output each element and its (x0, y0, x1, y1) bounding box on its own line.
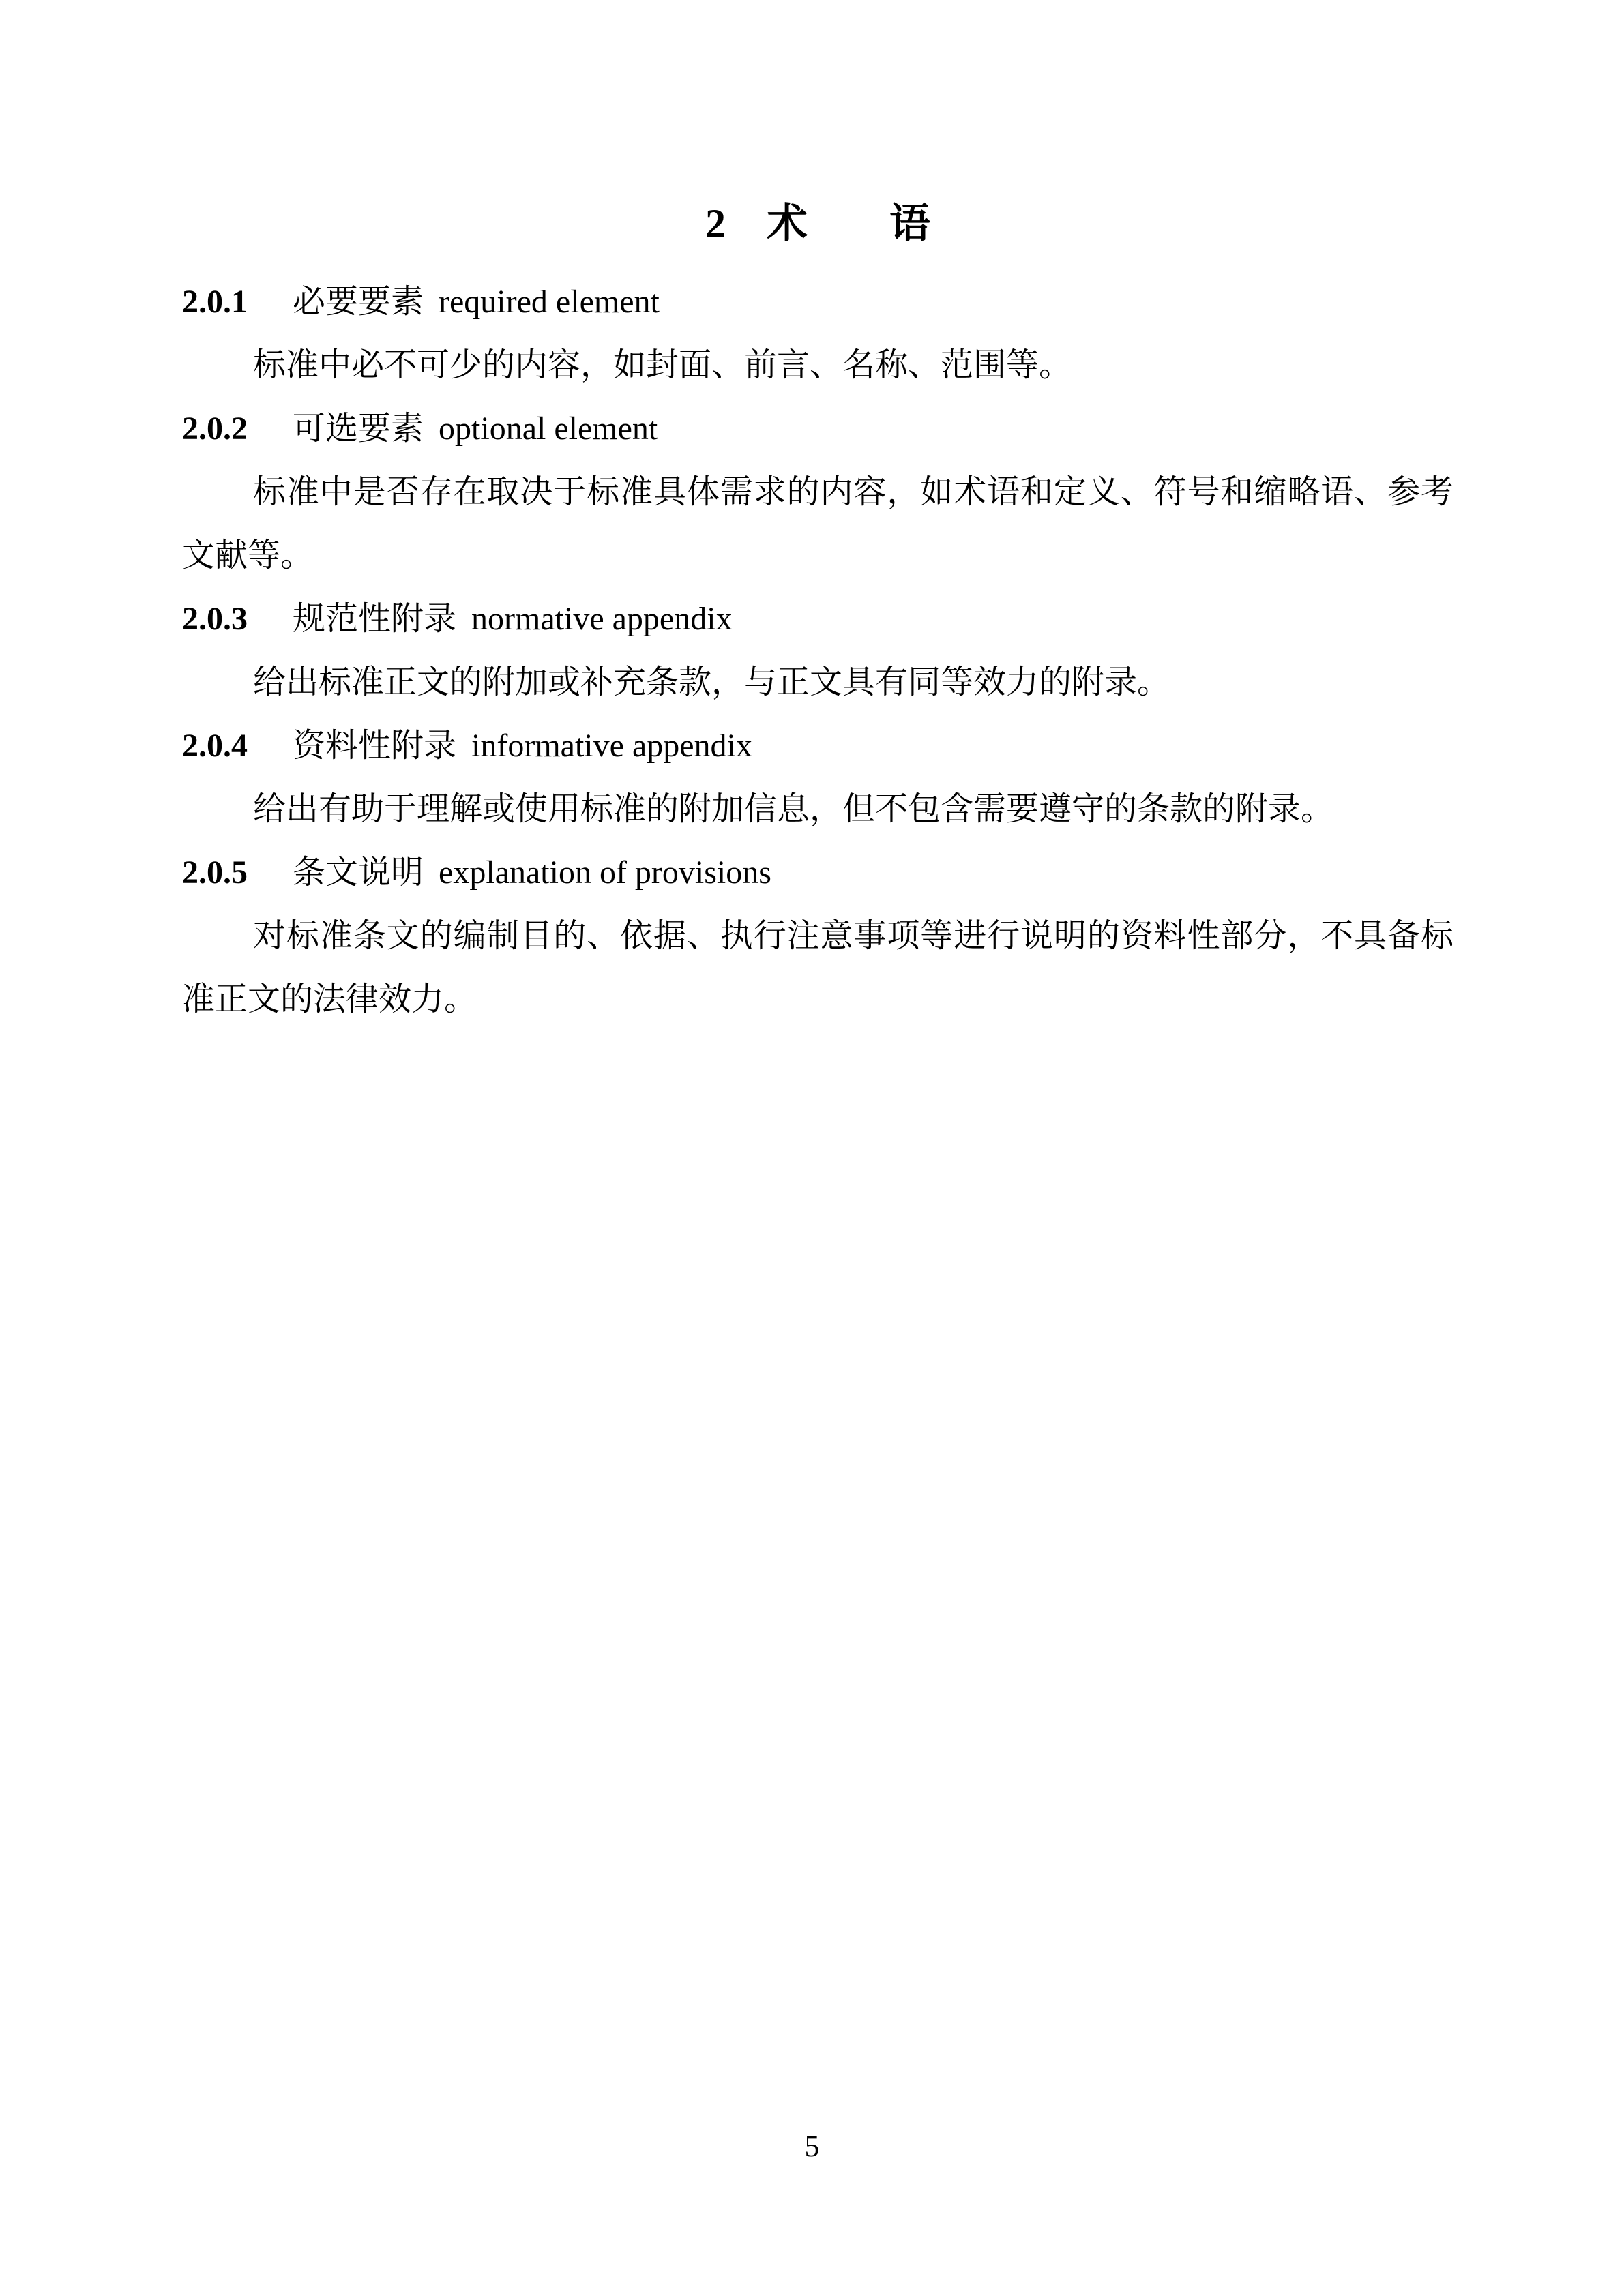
term-definition: 给出标准正文的附加或补充条款，与正文具有同等效力的附录。 (182, 651, 1453, 714)
term-definition: 给出有助于理解或使用标准的附加信息，但不包含需要遵守的条款的附录。 (182, 777, 1453, 841)
page-content: 2 术 语 2.0.1必要要素required element 标准中必不可少的… (182, 192, 1453, 1031)
term-section-2-0-3: 2.0.3规范性附录normative appendix 给出标准正文的附加或补… (182, 587, 1453, 714)
term-number: 2.0.4 (182, 728, 248, 764)
term-chinese: 资料性附录 (293, 728, 456, 764)
term-section-2-0-4: 2.0.4资料性附录informative appendix 给出有助于理解或使… (182, 714, 1453, 841)
term-english: optional element (439, 411, 658, 447)
term-section-2-0-2: 2.0.2可选要素optional element 标准中是否存在取决于标准具体… (182, 397, 1453, 587)
term-number: 2.0.2 (182, 411, 248, 447)
term-heading: 2.0.5条文说明explanation of provisions (182, 841, 1453, 904)
term-chinese: 可选要素 (293, 411, 424, 447)
term-heading: 2.0.3规范性附录normative appendix (182, 587, 1453, 651)
term-english: normative appendix (471, 601, 733, 637)
term-definition: 对标准条文的编制目的、依据、执行注意事项等进行说明的资料性部分，不具备标准正文的… (182, 904, 1453, 1031)
term-chinese: 必要要素 (293, 284, 424, 320)
term-heading: 2.0.1必要要素required element (182, 270, 1453, 333)
term-definition: 标准中是否存在取决于标准具体需求的内容，如术语和定义、符号和缩略语、参考文献等。 (182, 460, 1453, 587)
term-definition: 标准中必不可少的内容，如封面、前言、名称、范围等。 (182, 333, 1453, 397)
page-number: 5 (0, 2126, 1624, 2167)
term-heading: 2.0.4资料性附录informative appendix (182, 714, 1453, 777)
term-number: 2.0.3 (182, 601, 248, 637)
term-english: explanation of provisions (439, 854, 771, 891)
term-english: informative appendix (471, 728, 752, 764)
term-chinese: 规范性附录 (293, 601, 456, 637)
term-number: 2.0.5 (182, 854, 248, 891)
term-section-2-0-1: 2.0.1必要要素required element 标准中必不可少的内容，如封面… (182, 270, 1453, 397)
page-title: 2 术 语 (182, 192, 1453, 256)
term-english: required element (439, 284, 660, 320)
term-chinese: 条文说明 (293, 854, 424, 891)
term-heading: 2.0.2可选要素optional element (182, 397, 1453, 460)
term-number: 2.0.1 (182, 284, 248, 320)
term-section-2-0-5: 2.0.5条文说明explanation of provisions 对标准条文… (182, 841, 1453, 1031)
document-page: 2 术 语 2.0.1必要要素required element 标准中必不可少的… (0, 0, 1624, 2296)
